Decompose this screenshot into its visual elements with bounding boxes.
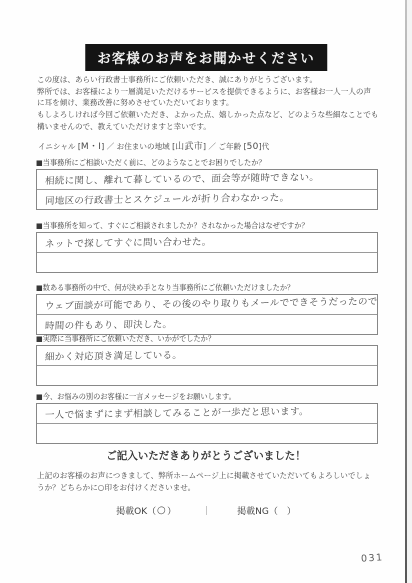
answer-line: ウェブ面談が可能であり、その後のやり取りもメールでできそうだったので bbox=[37, 295, 377, 315]
permission-line: 上記のお客様のお声につきまして、弊所ホームページ上に掲載させていただいてもよろし… bbox=[37, 470, 374, 482]
intro-line: もしよろしければ今回ご依頼いただき、よかった点、嬉しかった点など、どのような些細… bbox=[37, 109, 374, 121]
answer-line: 時間の件もあり、即決した。 bbox=[37, 315, 377, 334]
scan-edge-line bbox=[405, 0, 407, 583]
handwritten-page-number: 031 bbox=[361, 552, 384, 565]
question-label-4: ■実際に当事務所にご依頼いただき、いかがでしたか？ bbox=[36, 334, 376, 344]
handwritten-circle-mark: ○ bbox=[157, 505, 166, 516]
initials-handwritten-value: M・I bbox=[81, 142, 101, 152]
answer-box-5: 一人で悩まずにまず相談してみることが一歩だと思います。 bbox=[36, 403, 378, 444]
handwritten-answer: ウェブ面談が可能であり、その後のやり取りもメールでできそうだったので bbox=[45, 295, 377, 312]
answer-box-2: ネットで探してすぐに問い合わせた。 bbox=[36, 232, 378, 273]
answer-box-4: 細かく対応頂き満足している。 bbox=[36, 345, 378, 386]
handwritten-answer: 相続に関し、離れて暮しているので、面会等が随時できない。 bbox=[45, 170, 320, 187]
profile-line: イニシャル [M・I] ／ お住まいの地域 [山武市] ／ ご年齢 [50]代 bbox=[38, 139, 269, 152]
publish-choice-row: 掲載OK（○） ｜ 掲載NG（ ） bbox=[0, 504, 412, 517]
age-label: ] ／ ご年齢 [ bbox=[203, 142, 247, 151]
intro-line: 弊所では、お客様により一層満足いただけるサービスを提供できるように、お客様お一人… bbox=[37, 86, 374, 98]
publish-ok-close: ） bbox=[167, 504, 176, 517]
answer-line: ネットで探してすぐに問い合わせた。 bbox=[37, 233, 377, 253]
intro-paragraph: この度は、あらい行政書士事務所にご依頼いただき、誠にありがとうございます。 弊所… bbox=[37, 74, 374, 133]
region-label: ] ／ お住まいの地域 [ bbox=[101, 142, 175, 151]
answer-line: 一人で悩まずにまず相談してみることが一歩だと思います。 bbox=[37, 404, 377, 424]
question-label-2: ■当事務所を知って、すぐにご相談されましたか？されなかった場合はなぜですか？ bbox=[36, 221, 376, 231]
handwritten-answer: 一人で悩まずにまず相談してみることが一歩だと思います。 bbox=[45, 404, 309, 421]
question-label-3: ■数ある事務所の中で、何が決め手となり当事務所にご依頼いただけましたか？ bbox=[36, 283, 376, 293]
publish-ng-option: 掲載NG（ ） bbox=[237, 504, 296, 517]
question-label-1: ■当事務所にご相談いただく前に、どのようなことでお困りでしたか？ bbox=[36, 158, 376, 168]
initials-label: イニシャル [ bbox=[38, 142, 81, 151]
scanned-feedback-sheet: お客様のお声をお聞かせください この度は、あらい行政書士事務所にご依頼いただき、… bbox=[0, 0, 412, 583]
answer-line: 相続に関し、離れて暮しているので、面会等が随時できない。 bbox=[37, 170, 377, 190]
answer-line bbox=[37, 366, 377, 385]
age-handwritten-value: 50 bbox=[247, 142, 259, 152]
handwritten-answer: 同地区の行政書士とスケジュールが折り合わなかった。 bbox=[45, 190, 290, 207]
permission-paragraph: 上記のお客様のお声につきまして、弊所ホームページ上に掲載させていただいてもよろし… bbox=[37, 470, 374, 494]
answer-box-1: 相続に関し、離れて暮しているので、面会等が随時できない。 同地区の行政書士とスケ… bbox=[36, 169, 378, 210]
handwritten-answer: 細かく対応頂き満足している。 bbox=[45, 347, 183, 363]
answer-box-3: ウェブ面談が可能であり、その後のやり取りもメールでできそうだったので 時間の件も… bbox=[36, 294, 378, 335]
permission-line: うか？どちらかに○印をお付けくださいませ。 bbox=[37, 482, 374, 494]
thanks-heading: ご記入いただきありがとうございました！ bbox=[0, 448, 412, 463]
handwritten-answer: ネットで探してすぐに問い合わせた。 bbox=[45, 233, 212, 249]
answer-line bbox=[37, 253, 377, 272]
answer-line: 同地区の行政書士とスケジュールが折り合わなかった。 bbox=[37, 190, 377, 209]
intro-line: 構いませんので、教えていただけますと幸いです。 bbox=[37, 121, 374, 133]
handwritten-answer: 時間の件もあり、即決した。 bbox=[45, 316, 173, 332]
answer-line: 細かく対応頂き満足している。 bbox=[37, 346, 377, 366]
intro-line: この度は、あらい行政書士事務所にご依頼いただき、誠にありがとうございます。 bbox=[37, 74, 374, 86]
publish-ok-option: 掲載OK（○） bbox=[116, 504, 176, 517]
age-suffix: ]代 bbox=[259, 142, 270, 151]
region-handwritten-value: 山武市 bbox=[175, 142, 203, 152]
page-title: お客様のお声をお聞かせください bbox=[85, 44, 327, 71]
question-label-5: ■今、お悩みの別のお客様に一言メッセージをお願いします。 bbox=[36, 392, 376, 402]
scan-edge-margin bbox=[407, 0, 412, 583]
publish-ok-label: 掲載OK（ bbox=[116, 504, 156, 517]
publish-divider: ｜ bbox=[202, 504, 211, 517]
intro-line: に耳を傾け、業務改善に努めさせていただいております。 bbox=[37, 97, 374, 109]
answer-line bbox=[37, 424, 377, 443]
